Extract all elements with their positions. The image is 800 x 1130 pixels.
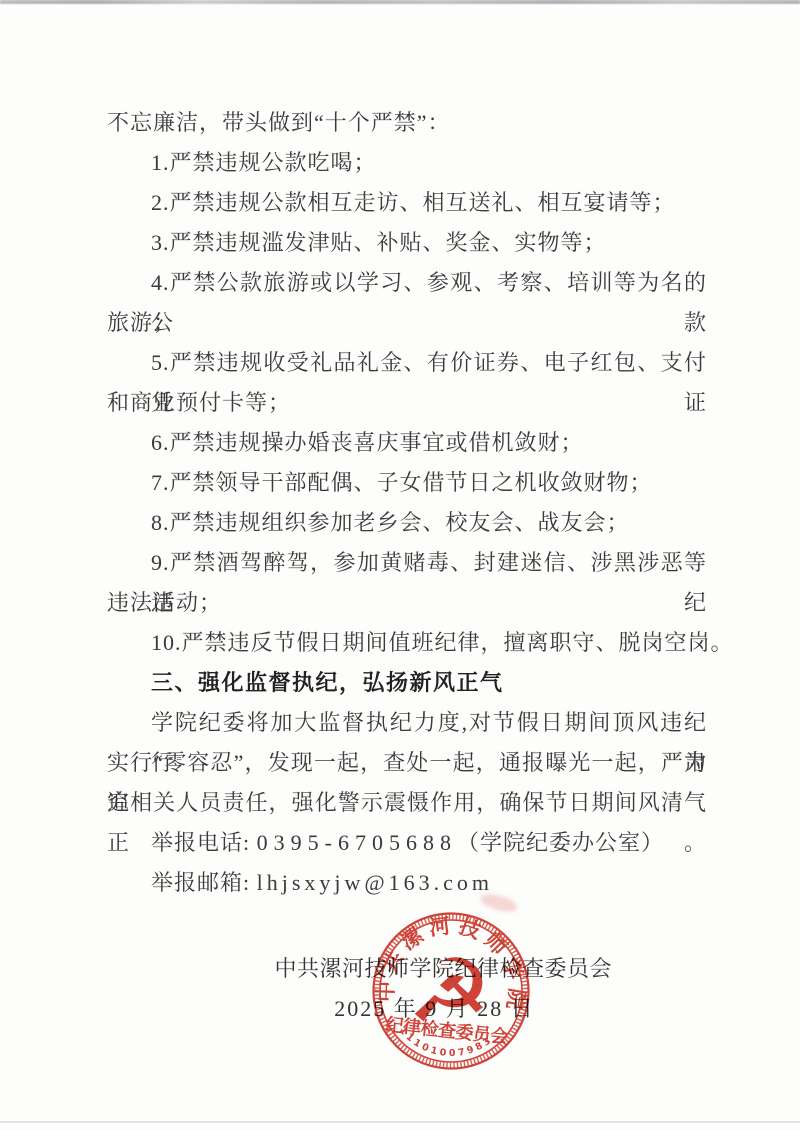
body-line: 2.严禁违规公款相互走访、相互送礼、相互宴请等； xyxy=(107,183,707,223)
body-line: 4.严禁公款旅游或以学习、参观、考察、培训等为名的公款 xyxy=(107,263,707,303)
body-line: 不忘廉洁，带头做到“十个严禁”： xyxy=(107,103,707,143)
official-seal: 中共漯河技师学院 ☭ 纪律检查委员会 4111010079838 xyxy=(360,900,542,1082)
report-phone-label: 举报电话: xyxy=(151,830,257,855)
body-line: 10.严禁违反节假日期间值班纪律，擅离职守、脱岗空岗。 xyxy=(107,623,707,663)
body-line: 9.严禁酒驾醉驾，参加黄赌毒、封建迷信、涉黑涉恶等违纪 xyxy=(107,543,707,583)
report-phone-line: 举报电话: 0395-6705688（学院纪委办公室） xyxy=(107,823,707,863)
scan-edge-artifact-top xyxy=(0,0,800,4)
body-line: 1.严禁违规公款吃喝； xyxy=(107,143,707,183)
document-page: 不忘廉洁，带头做到“十个严禁”： 1.严禁违规公款吃喝； 2.严禁违规公款相互走… xyxy=(0,0,800,1130)
body-line: 8.严禁违规组织参加老乡会、校友会、战友会； xyxy=(107,503,707,543)
report-email-line: 举报邮箱: lhjsxyjw@163.com xyxy=(107,863,707,903)
report-phone-number: 0395-6705688 xyxy=(257,830,457,855)
document-body: 不忘廉洁，带头做到“十个严禁”： 1.严禁违规公款吃喝； 2.严禁违规公款相互走… xyxy=(107,103,707,903)
scan-edge-artifact-bottom xyxy=(0,1121,800,1123)
report-phone-suffix: （学院纪委办公室） xyxy=(457,830,664,855)
body-line: 学院纪委将加大监督执纪力度,对节假日期间顶风违纪行为 xyxy=(107,703,707,743)
body-line: 3.严禁违规滥发津贴、补贴、奖金、实物等； xyxy=(107,223,707,263)
body-line: 6.严禁违规操办婚丧喜庆事宜或借机敛财； xyxy=(107,423,707,463)
report-email-label: 举报邮箱: xyxy=(151,870,257,895)
body-line: 7.严禁领导干部配偶、子女借节日之机收敛财物； xyxy=(107,463,707,503)
report-email-address: lhjsxyjw@163.com xyxy=(257,870,493,895)
body-line: 究相关人员责任，强化警示震慑作用，确保节日期间风清气正。 xyxy=(107,783,707,823)
body-line: 5.严禁违规收受礼品礼金、有价证券、电子红包、支付凭证 xyxy=(107,343,707,383)
body-line: 实行“零容忍”，发现一起，查处一起，通报曝光一起，严肃追 xyxy=(107,743,707,783)
section-heading: 三、强化监督执纪，弘扬新风正气 xyxy=(107,663,707,703)
